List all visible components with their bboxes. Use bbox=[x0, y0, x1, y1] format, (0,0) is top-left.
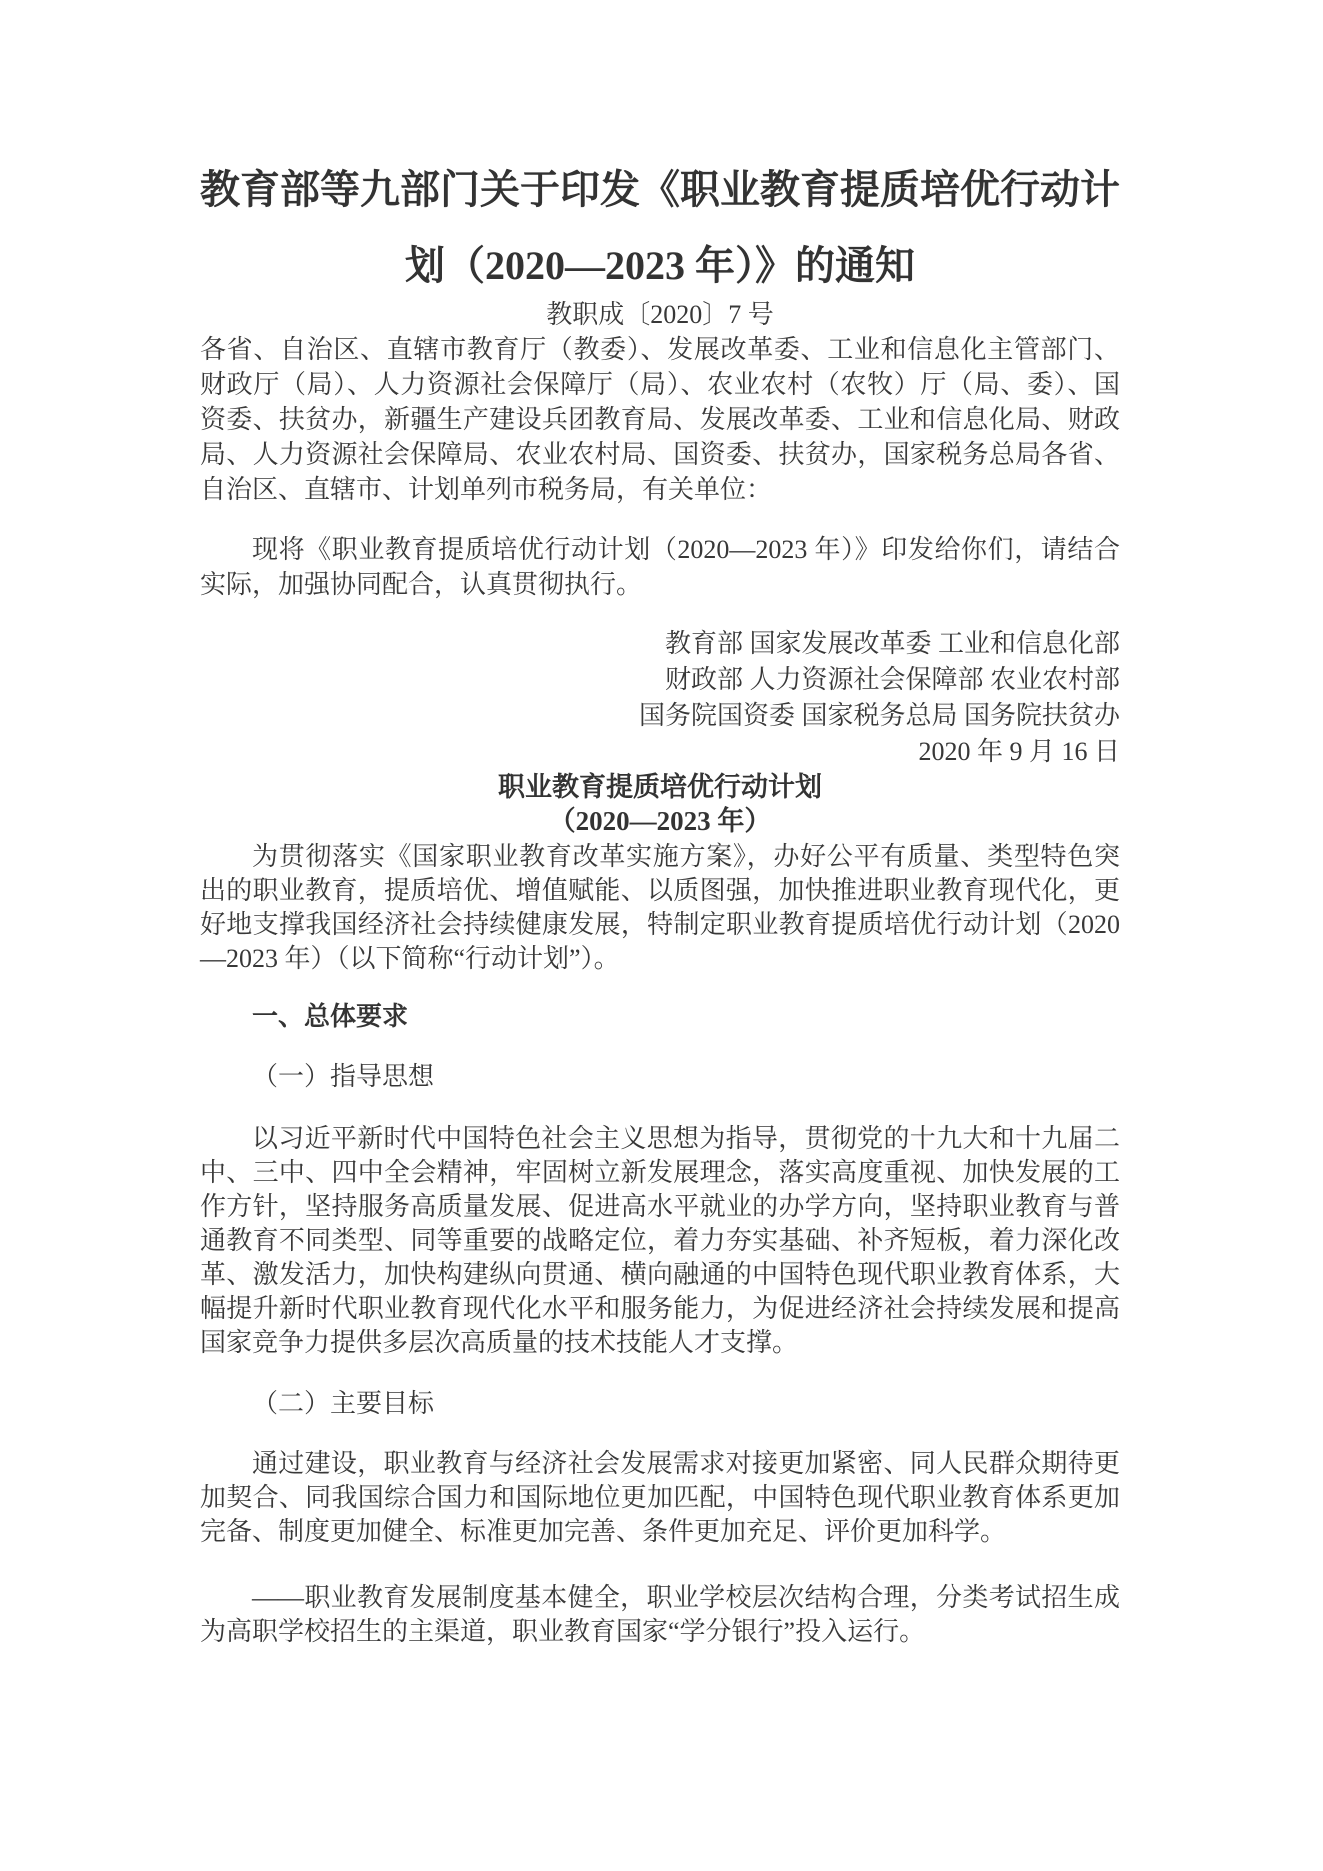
issuer-line-3: 国务院国资委 国家税务总局 国务院扶贫办 bbox=[200, 698, 1120, 734]
plan-subtitle: （2020—2023 年） bbox=[200, 804, 1120, 838]
plan-title: 职业教育提质培优行动计划 bbox=[200, 770, 1120, 804]
document-title-line-1: 教育部等九部门关于印发《职业教育提质培优行动计 bbox=[200, 152, 1120, 228]
issuer-line-2: 财政部 人力资源社会保障部 农业农村部 bbox=[200, 662, 1120, 698]
main-goals-item-paragraph: ——职业教育发展制度基本健全，职业学校层次结构合理，分类考试招生成为高职学校招生… bbox=[200, 1581, 1120, 1649]
forward-paragraph: 现将《职业教育提质培优行动计划（2020—2023 年）》印发给你们，请结合实际… bbox=[200, 532, 1120, 602]
section-heading-overall-requirements: 一、总体要求 bbox=[200, 1000, 1120, 1034]
issue-date: 2020 年 9 月 16 日 bbox=[200, 734, 1120, 770]
guiding-ideology-paragraph: 以习近平新时代中国特色社会主义思想为指导，贯彻党的十九大和十九届二中、三中、四中… bbox=[200, 1122, 1120, 1360]
subsection-heading-main-goals: （二）主要目标 bbox=[200, 1387, 1120, 1421]
plan-intro-paragraph: 为贯彻落实《国家职业教育改革实施方案》，办好公平有质量、类型特色突出的职业教育，… bbox=[200, 840, 1120, 976]
addressee-block: 各省、自治区、直辖市教育厅（教委）、发展改革委、工业和信息化主管部门、财政厅（局… bbox=[200, 332, 1120, 507]
document-number: 教职成〔2020〕7 号 bbox=[200, 298, 1120, 332]
main-goals-paragraph: 通过建设，职业教育与经济社会发展需求对接更加紧密、同人民群众期待更加契合、同我国… bbox=[200, 1447, 1120, 1549]
document-page: 教育部等九部门关于印发《职业教育提质培优行动计 划（2020—2023 年）》的… bbox=[0, 0, 1323, 1871]
issuer-line-1: 教育部 国家发展改革委 工业和信息化部 bbox=[200, 626, 1120, 662]
subsection-heading-guiding-ideology: （一）指导思想 bbox=[200, 1060, 1120, 1094]
issuer-block: 教育部 国家发展改革委 工业和信息化部 财政部 人力资源社会保障部 农业农村部 … bbox=[200, 626, 1120, 770]
document-title-line-2: 划（2020—2023 年）》的通知 bbox=[200, 228, 1120, 304]
document-title: 教育部等九部门关于印发《职业教育提质培优行动计 划（2020—2023 年）》的… bbox=[200, 152, 1120, 304]
